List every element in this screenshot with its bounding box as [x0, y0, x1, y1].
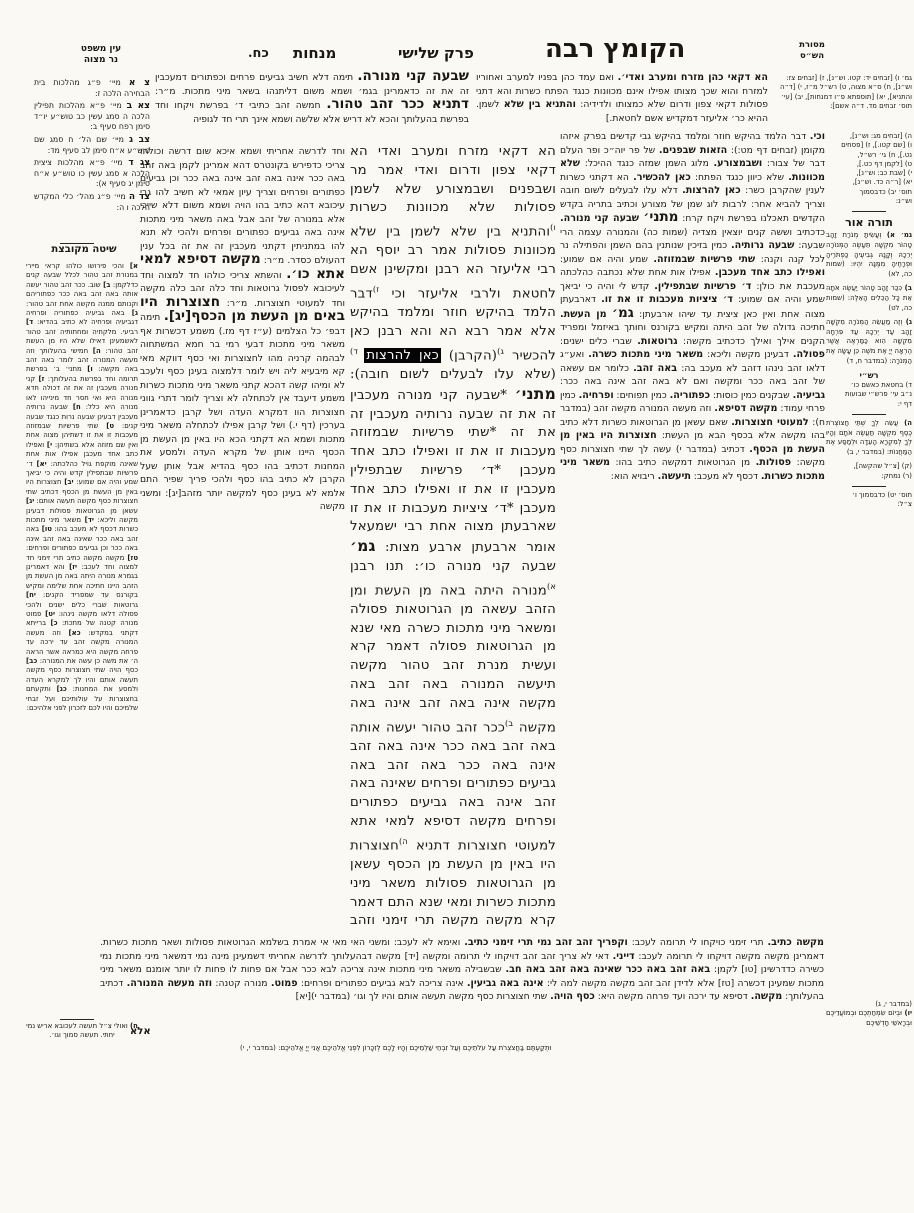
rm-ref: (ק) [צ״ל שהקשה], — [826, 462, 912, 471]
gemara-column: הא דקאי מזרח ומערב ואדי הא דקאי צפון ודר… — [350, 143, 556, 927]
rashi-column: וכי. דבר הלמד בהיקש חוזר ומלמד בהיקש גבי… — [560, 130, 825, 930]
masoret-title: מסורת הש״ס — [782, 40, 842, 62]
masoret-top-refs: גמ׳ ו) [זבחים יד: קטו. וש״נ], ז) [זבחים … — [770, 74, 912, 111]
masoret-title-line2: הש״ס — [782, 51, 842, 62]
ein-mishpat-title-line2: נר מצוה — [55, 55, 147, 66]
rm-ref: תוס׳ יב) כדבסמוך — [826, 188, 912, 197]
masoret-title-line1: מסורת — [782, 40, 842, 51]
rm-verse: ב) כִּכַּר זָהָב טָהוֹר יַעֲשֶׂה אֹתָהּ … — [826, 284, 912, 313]
perek-number: פרק שלישי — [398, 44, 474, 62]
rm-ref: (ר) נמחק: — [826, 472, 912, 481]
rm-ref: י) [שבת כב: וש״נ], — [826, 169, 912, 178]
rashi-top-block: הא דקאי כהן מזרח ומערב ואדי׳. ואם עמד כה… — [476, 71, 768, 129]
rm-verse: יו) וּבְיוֹם שִׂמְחַתְכֶם וּבְמוֹעֲדֵיכֶ… — [826, 1009, 912, 1028]
shita-title: שיטה מקובצת — [24, 244, 144, 255]
rm-ref: תוס׳ יט) כדבסמוך ו׳ — [826, 491, 912, 500]
shita-column: א] והכי פירושו כולהו קראי מיירי במנורת ז… — [26, 262, 138, 1010]
rm-sq — [852, 414, 886, 415]
rm-sub: רש״י — [826, 371, 912, 380]
rm-ref: ד) בחטאת כאשם כו׳ — [826, 381, 912, 390]
em-entry: צא ב מיי׳ פ״א מהלכות תפילין הלכה ה סמג ע… — [34, 101, 150, 133]
rm-ref: ו) [שם קטו.], ז) [פסחים — [826, 141, 912, 150]
rm-ref: (במדבר י, ג) — [826, 1000, 912, 1009]
right-margin-column: ה) [זבחים מג: וש״נ],ו) [שם קטו.], ז) [פס… — [826, 132, 912, 992]
em-entry: צב ג מיי׳ שם הל׳ ח סמג שם טוש״ע א״ח סימן… — [34, 135, 150, 156]
rm-ref: נט.], ח) גי׳ רש״ל, — [826, 151, 912, 160]
rm-ref: דף י: — [826, 400, 912, 409]
rm-verse: גמ׳ א) וְעָשִׂיתָ מְנֹרַת זָהָב טָהוֹר מ… — [826, 231, 912, 279]
tosafot-top-block: שבעה קני מנורה. תימה דלא חשיב גביעים פרח… — [155, 70, 469, 143]
rm-ref: וש״נ: — [826, 197, 912, 206]
rm-ref: נ״ב עי׳ פרש״י שבועות — [826, 390, 912, 399]
divider — [60, 1019, 94, 1020]
masechet-title: מנחות — [293, 44, 336, 62]
chapter-title: הקומץ רבה — [545, 34, 685, 64]
talmud-page: עין משפט נר מצוה כח. מנחות פרק שלישי הקו… — [0, 0, 914, 1213]
em-entry: צג ד מיי׳ פ״א מהלכות ציצית הלכה א סמג עש… — [34, 158, 150, 190]
em-entry: צד ה מיי׳ פ״ג מהל׳ כלי המקדש הלכה ו ה: — [34, 192, 150, 213]
em-entry: צ א מיי׳ פ״ג מהלכות בית הבחירה הלכה ז: — [34, 78, 150, 99]
rm-ref: ט) [לקמן דף כט.], — [826, 160, 912, 169]
rm-sq — [852, 211, 886, 212]
ein-mishpat-title: עין משפט נר מצוה — [55, 44, 147, 66]
bottom-verse-line: וּתְקַעְתֶּם בַּחֲצֹצְרֹת עַל עֹלֹתֵיכֶם… — [240, 1044, 824, 1053]
rm-verse: ג) וְזֶה מַעֲשֵׂה הַמְּנֹרָה מִקְשָׁה זָ… — [826, 318, 912, 366]
ein-mishpat-title-line1: עין משפט — [55, 44, 147, 55]
highlight-term[interactable]: כאן להרצות — [364, 348, 441, 363]
tosafot-column: וחד לדרשה אחריתי ושמא איכא שום דרשה וכול… — [140, 145, 345, 933]
rm-title: תורה אור — [826, 216, 912, 229]
bottom-commentary-block: מקשה כתיב. תרי זימני כויקחו לי תרומה לעכ… — [100, 936, 824, 1038]
ein-mishpat-entries: צ א מיי׳ פ״ג מהלכות בית הבחירה הלכה ז:צא… — [34, 78, 150, 215]
rm-ref: גמ׳ ו) [זבחים יד: קטו. וש״נ], ז) [זבחים … — [770, 74, 912, 111]
rm-sq — [852, 486, 886, 487]
rm-ref: יא) [ר״ה כד. וש״נ], — [826, 178, 912, 187]
right-margin-bottom: (במדבר י, ג)יו) וּבְיוֹם שִׂמְחַתְכֶם וּ… — [826, 1000, 912, 1033]
daf-number: כח. — [248, 46, 269, 61]
rm-ref: צ״ל: — [826, 500, 912, 509]
catchword: אלא — [130, 1026, 151, 1037]
rm-verse: ה) עֲשֵׂה לְךָ שְׁתֵּי חֲצוֹצְרֹת כֶּסֶף… — [826, 419, 912, 457]
rm-ref: ה) [זבחים מג: וש״נ], — [826, 132, 912, 141]
